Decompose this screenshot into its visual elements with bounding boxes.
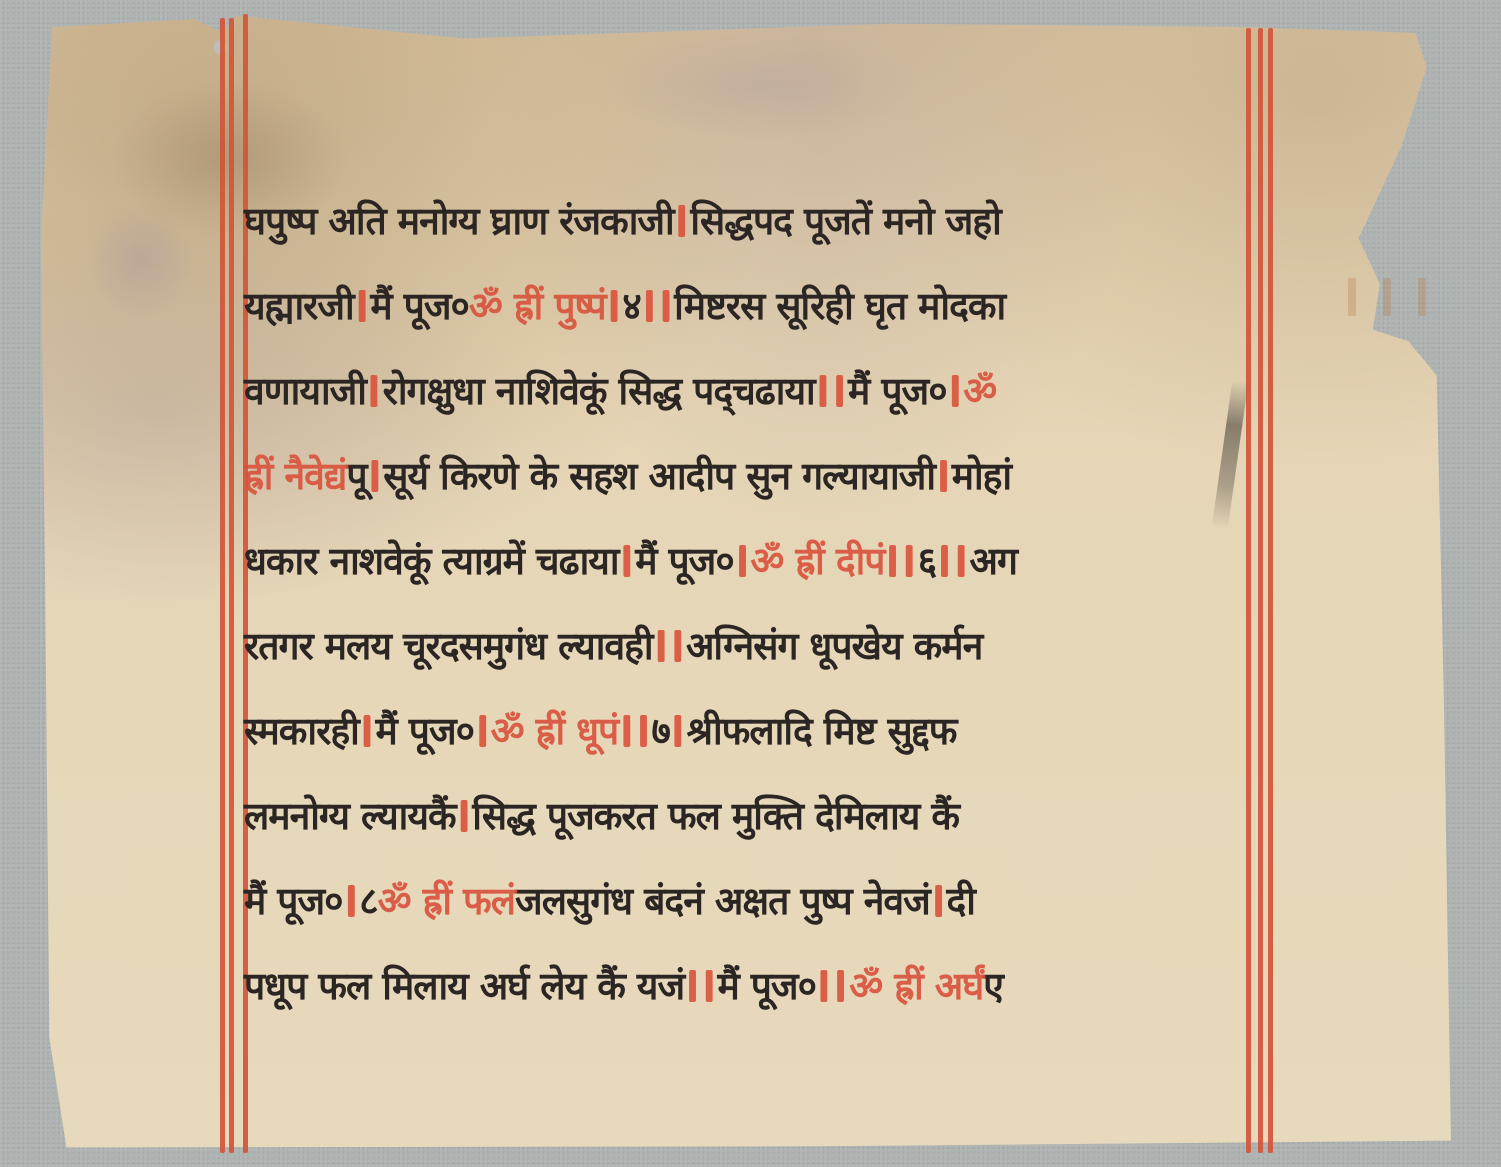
red-danda-mark bbox=[679, 205, 686, 237]
manuscript-line: धकार नाशवेकूं त्याग्रमें चढायामैं पूज०ॐ … bbox=[244, 518, 1244, 603]
red-danda-mark bbox=[347, 885, 354, 917]
text-segment: ए bbox=[983, 967, 1003, 1005]
text-segment: वणायाजी bbox=[244, 372, 366, 410]
text-segment: धकार नाशवेकूं त्याग्रमें चढाया bbox=[244, 542, 619, 580]
red-danda-mark bbox=[958, 545, 965, 577]
text-segment: दी bbox=[946, 882, 974, 920]
red-danda-mark bbox=[675, 715, 682, 747]
text-segment: मैं पूज० bbox=[717, 967, 816, 1005]
offset-mark bbox=[1418, 278, 1426, 316]
text-segment: रतगर मलय चूरदसमुगंध ल्यावही bbox=[244, 627, 653, 665]
red-danda-mark bbox=[940, 460, 947, 492]
red-danda-mark bbox=[689, 970, 696, 1002]
text-segment: पू bbox=[346, 457, 366, 495]
red-danda-mark bbox=[889, 545, 896, 577]
manuscript-line: पधूप फल मिलाय अर्घ लेय कैं यजंमैं पूज०ॐ … bbox=[244, 943, 1244, 1028]
red-danda-mark bbox=[364, 715, 371, 747]
text-segment: रोगक्षुधा नाशिवेकूं सिद्ध पद्चढाया bbox=[383, 372, 815, 410]
text-segment: मैं पूज० bbox=[244, 882, 343, 920]
red-danda-mark bbox=[674, 630, 681, 662]
text-segment: स्मकारही bbox=[244, 712, 359, 750]
text-segment: ४ bbox=[622, 287, 640, 325]
red-danda-mark bbox=[640, 715, 647, 747]
red-danda-mark bbox=[658, 630, 665, 662]
red-danda-mark bbox=[371, 460, 378, 492]
rubric-mantra: ॐ ह्रीं धूपं bbox=[491, 712, 619, 750]
rubric-mantra: ॐ bbox=[963, 372, 996, 410]
text-segment: पधूप फल मिलाय अर्घ लेय कैं यजं bbox=[244, 967, 684, 1005]
manuscript-line: घपुष्प अति मनोग्य घ्राण रंजकाजीसिद्धपद प… bbox=[244, 178, 1244, 263]
text-segment: ८ bbox=[359, 882, 377, 920]
left-border-rule-2 bbox=[229, 18, 234, 1153]
red-danda-mark bbox=[838, 970, 845, 1002]
rubric-mantra: ॐ ह्रीं अर्घं bbox=[849, 967, 983, 1005]
text-segment: ६ bbox=[918, 542, 936, 580]
red-danda-mark bbox=[479, 715, 486, 747]
red-danda-mark bbox=[951, 375, 958, 407]
red-danda-mark bbox=[623, 545, 630, 577]
red-danda-mark bbox=[821, 970, 828, 1002]
rubric-mantra: ॐ ह्रीं पुष्पं bbox=[469, 287, 606, 325]
right-border-rule-3 bbox=[1268, 28, 1273, 1153]
red-danda-mark bbox=[935, 885, 942, 917]
red-danda-mark bbox=[646, 290, 653, 322]
manuscript-line: लमनोग्य ल्यायकैंसिद्ध पूजकरत फल मुक्ति द… bbox=[244, 773, 1244, 858]
manuscript-line: ह्रीं नैवेद्यंपूसूर्य किरणे के सहश आदीप … bbox=[244, 433, 1244, 518]
red-danda-mark bbox=[461, 800, 468, 832]
text-segment: मैं पूज० bbox=[635, 542, 734, 580]
text-segment: अग्निसंग धूपखेय कर्मन bbox=[686, 627, 982, 665]
manuscript-line: मैं पूज०८ॐ ह्रीं फलंजलसुगंध बंदनं अक्षत … bbox=[244, 858, 1244, 943]
manuscript-line: यह्मारजीमैं पूज०ॐ ह्रीं पुष्पं४मिष्टरस स… bbox=[244, 263, 1244, 348]
rubric-mantra: ॐ ह्रीं फलं bbox=[378, 882, 515, 920]
manuscript-line: रतगर मलय चूरदसमुगंध ल्यावहीअग्निसंग धूपख… bbox=[244, 603, 1244, 688]
rubric-mantra: ॐ ह्रीं दीपं bbox=[750, 542, 884, 580]
manuscript-line: स्मकारहीमैं पूज०ॐ ह्रीं धूपं७श्रीफलादि म… bbox=[244, 688, 1244, 773]
red-danda-mark bbox=[623, 715, 630, 747]
red-danda-mark bbox=[706, 970, 713, 1002]
text-segment: जलसुगंध बंदनं अक्षत पुष्प नेवजं bbox=[515, 882, 930, 920]
text-segment: मैं पूज० bbox=[848, 372, 947, 410]
red-danda-mark bbox=[836, 375, 843, 407]
left-border-rule-1 bbox=[220, 18, 225, 1153]
red-danda-mark bbox=[820, 375, 827, 407]
red-danda-mark bbox=[941, 545, 948, 577]
manuscript-line: वणायाजीरोगक्षुधा नाशिवेकूं सिद्ध पद्चढाय… bbox=[244, 348, 1244, 433]
text-segment: मिष्टरस सूरिही घृत मोदका bbox=[674, 287, 1005, 325]
manuscript-text: घपुष्प अति मनोग्य घ्राण रंजकाजीसिद्धपद प… bbox=[244, 178, 1264, 1028]
offset-mark bbox=[1383, 278, 1391, 316]
rubric-mantra: ह्रीं नैवेद्यं bbox=[244, 457, 346, 495]
text-segment: मैं पूज० bbox=[375, 712, 474, 750]
text-segment: मोहां bbox=[952, 457, 1011, 495]
offset-mark bbox=[1348, 278, 1356, 316]
text-segment: सिद्ध पूजकरत फल मुक्ति देमिलाय कैं bbox=[472, 797, 959, 835]
text-segment: सिद्धपद पूजतें मनो जहो bbox=[690, 202, 1000, 240]
red-danda-mark bbox=[611, 290, 618, 322]
text-segment: श्रीफलादि मिष्ट सुद्दफ bbox=[687, 712, 957, 750]
red-danda-mark bbox=[371, 375, 378, 407]
red-danda-mark bbox=[359, 290, 366, 322]
text-segment: अग bbox=[970, 542, 1017, 580]
text-segment: घपुष्प अति मनोग्य घ्राण रंजकाजी bbox=[244, 202, 674, 240]
text-segment: सूर्य किरणे के सहश आदीप सुन गल्यायाजी bbox=[383, 457, 935, 495]
text-segment: ७ bbox=[652, 712, 670, 750]
text-segment: यह्मारजी bbox=[244, 287, 354, 325]
red-danda-mark bbox=[906, 545, 913, 577]
red-danda-mark bbox=[739, 545, 746, 577]
text-segment: लमनोग्य ल्यायकैं bbox=[244, 797, 456, 835]
red-danda-mark bbox=[662, 290, 669, 322]
text-segment: मैं पूज० bbox=[370, 287, 469, 325]
